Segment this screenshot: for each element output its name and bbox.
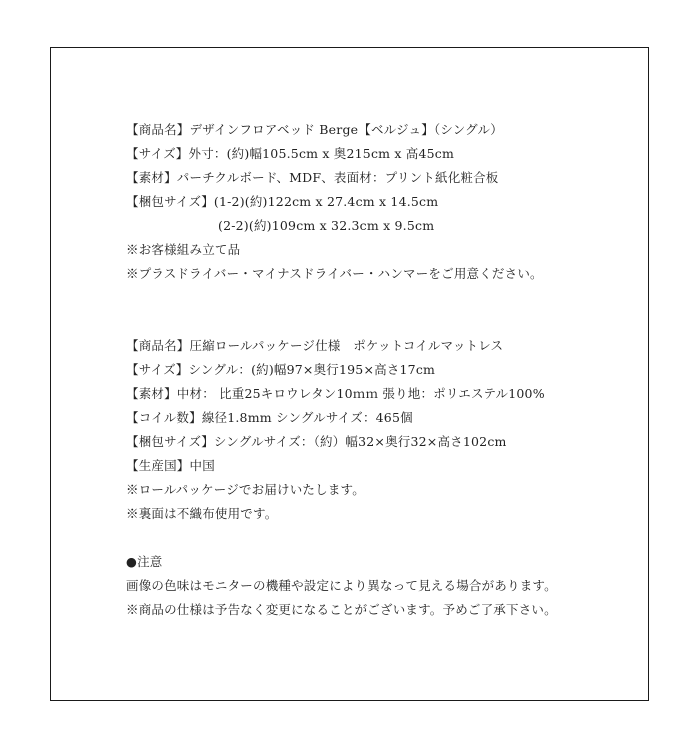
mattress-product-name: 【商品名】圧縮ロールパッケージ仕様 ポケットコイルマットレス [126,334,646,358]
notice-section: ●注意 画像の色味はモニターの機種や設定により異なって見える場合があります。 ※… [126,550,646,622]
bed-assembly-note: ※お客様組み立て品 [126,238,646,262]
mattress-size: 【サイズ】シングル：(約)幅97×奥行195×高さ17cm [126,358,646,382]
mattress-origin: 【生産国】中国 [126,454,646,478]
notice-spec-change-note: ※商品の仕様は予告なく変更になることがございます。予めご了承下さい。 [126,598,646,622]
product-spec-document: 【商品名】デザインフロアベッド Berge【ベルジュ】（シングル） 【サイズ】外… [126,118,646,622]
mattress-delivery-note: ※ロールパッケージでお届けいたします。 [126,478,646,502]
bed-package-size-2: (2-2)(約)109cm x 32.3cm x 9.5cm [126,214,646,238]
section-spacer [126,526,646,550]
bed-spec-section: 【商品名】デザインフロアベッド Berge【ベルジュ】（シングル） 【サイズ】外… [126,118,646,286]
bed-size: 【サイズ】外寸：(約)幅105.5cm x 奥215cm x 高45cm [126,142,646,166]
bed-tools-note: ※プラスドライバー・マイナスドライバー・ハンマーをご用意ください。 [126,262,646,286]
mattress-material: 【素材】中材： 比重25キロウレタン10ｍｍ 張り地：ポリエステル100% [126,382,646,406]
notice-heading: ●注意 [126,550,646,574]
section-spacer [126,286,646,334]
mattress-back-note: ※裏面は不織布使用です。 [126,502,646,526]
mattress-package-size: 【梱包サイズ】シングルサイズ：（約）幅32×奥行32×高さ102cm [126,430,646,454]
bed-product-name: 【商品名】デザインフロアベッド Berge【ベルジュ】（シングル） [126,118,646,142]
mattress-spec-section: 【商品名】圧縮ロールパッケージ仕様 ポケットコイルマットレス 【サイズ】シングル… [126,334,646,526]
mattress-coil-count: 【コイル数】線径1.8mm シングルサイズ：465個 [126,406,646,430]
bed-package-size-1: 【梱包サイズ】(1-2)(約)122cm x 27.4cm x 14.5cm [126,190,646,214]
notice-color-note: 画像の色味はモニターの機種や設定により異なって見える場合があります。 [126,574,646,598]
bed-material: 【素材】パーチクルボード、MDF、表面材：プリント紙化粧合板 [126,166,646,190]
